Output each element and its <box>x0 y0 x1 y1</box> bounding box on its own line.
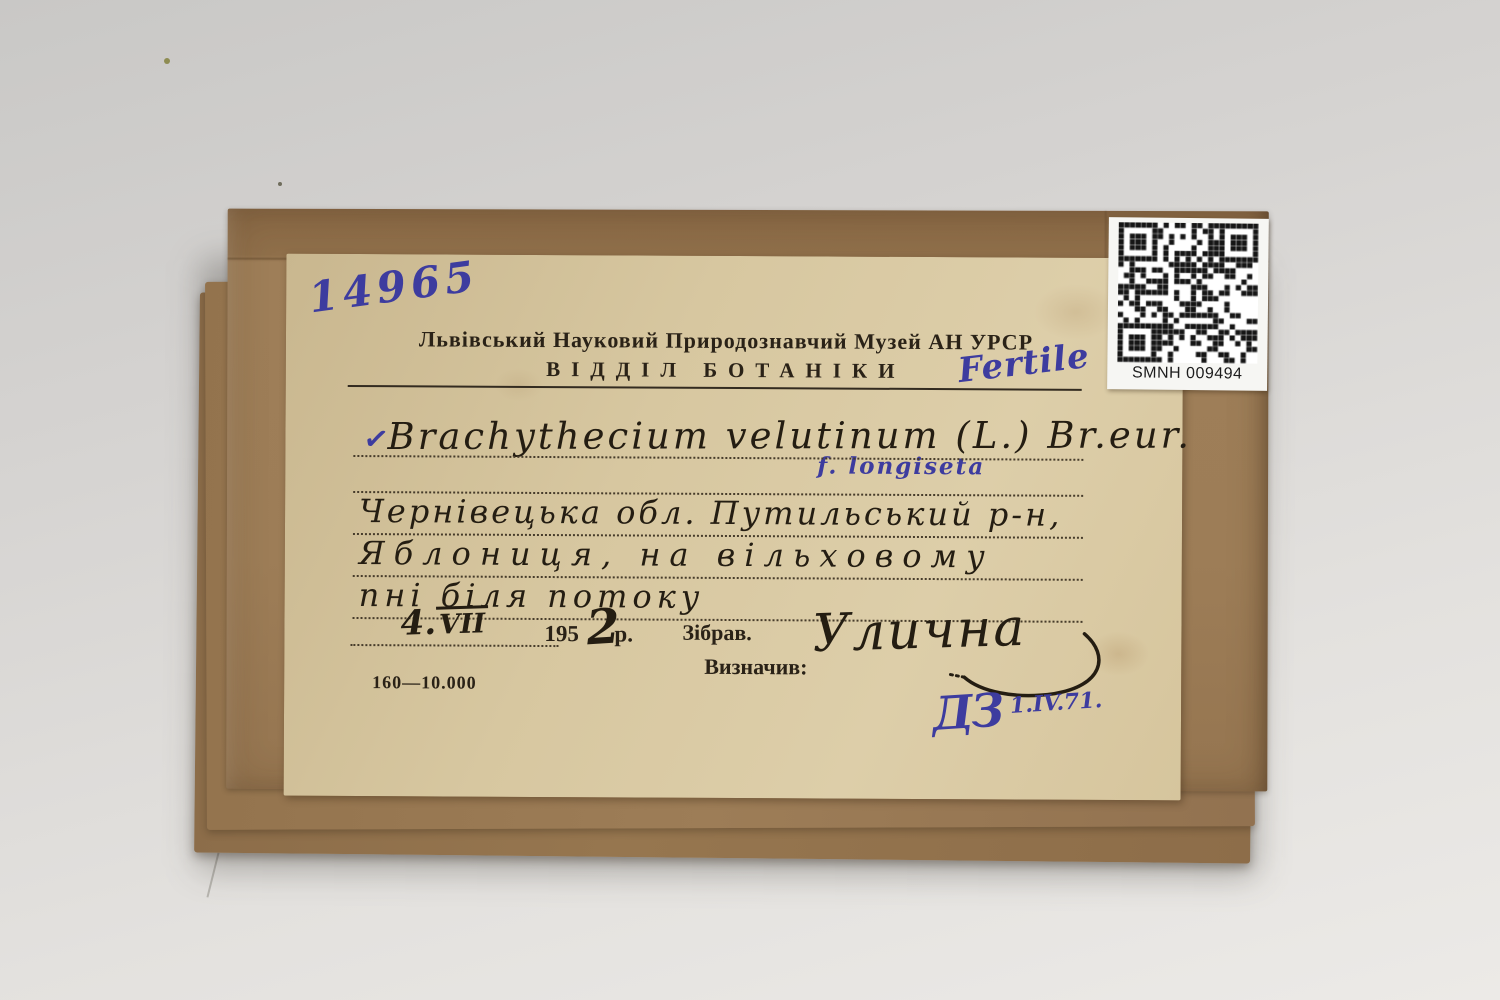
collected-by-label: Зібрав. <box>682 620 751 646</box>
determined-by-label: Визначив: <box>704 654 807 681</box>
species-name: Brachythecium velutinum (L.) Br.eur. <box>387 414 1192 458</box>
qr-sticker: SMNH 009494 <box>1107 217 1269 391</box>
date-month: VII <box>436 605 489 641</box>
locality-line: Чернівецька обл. Путильський р-н, <box>359 492 1062 534</box>
date-ruled-line <box>350 644 558 647</box>
photo-backdrop: 14965 Львівський Науковий Природознавчий… <box>0 0 1500 1000</box>
dust-speck <box>164 58 170 64</box>
date-day: 4. <box>400 603 437 644</box>
collection-date: 4.VII <box>400 601 489 644</box>
determiner-date: 1.IV.71. <box>1009 687 1103 719</box>
determiner-initials: ДЗ <box>930 683 1003 741</box>
year-printed-prefix: 195 <box>544 621 579 647</box>
qr-sticker-label: SMNH 009494 <box>1132 364 1243 383</box>
dust-speck <box>278 182 282 186</box>
locality-line: Яблониця, на вільховому <box>359 534 994 575</box>
qr-code <box>1117 222 1258 363</box>
herbarium-label-card: 14965 Львівський Науковий Природознавчий… <box>284 254 1184 801</box>
print-run-note: 160—10.000 <box>372 672 477 694</box>
accession-number: 14965 <box>306 251 482 322</box>
year-suffix: р. <box>614 621 633 647</box>
determiner-note: ДЗ1.IV.71. <box>930 676 1104 741</box>
